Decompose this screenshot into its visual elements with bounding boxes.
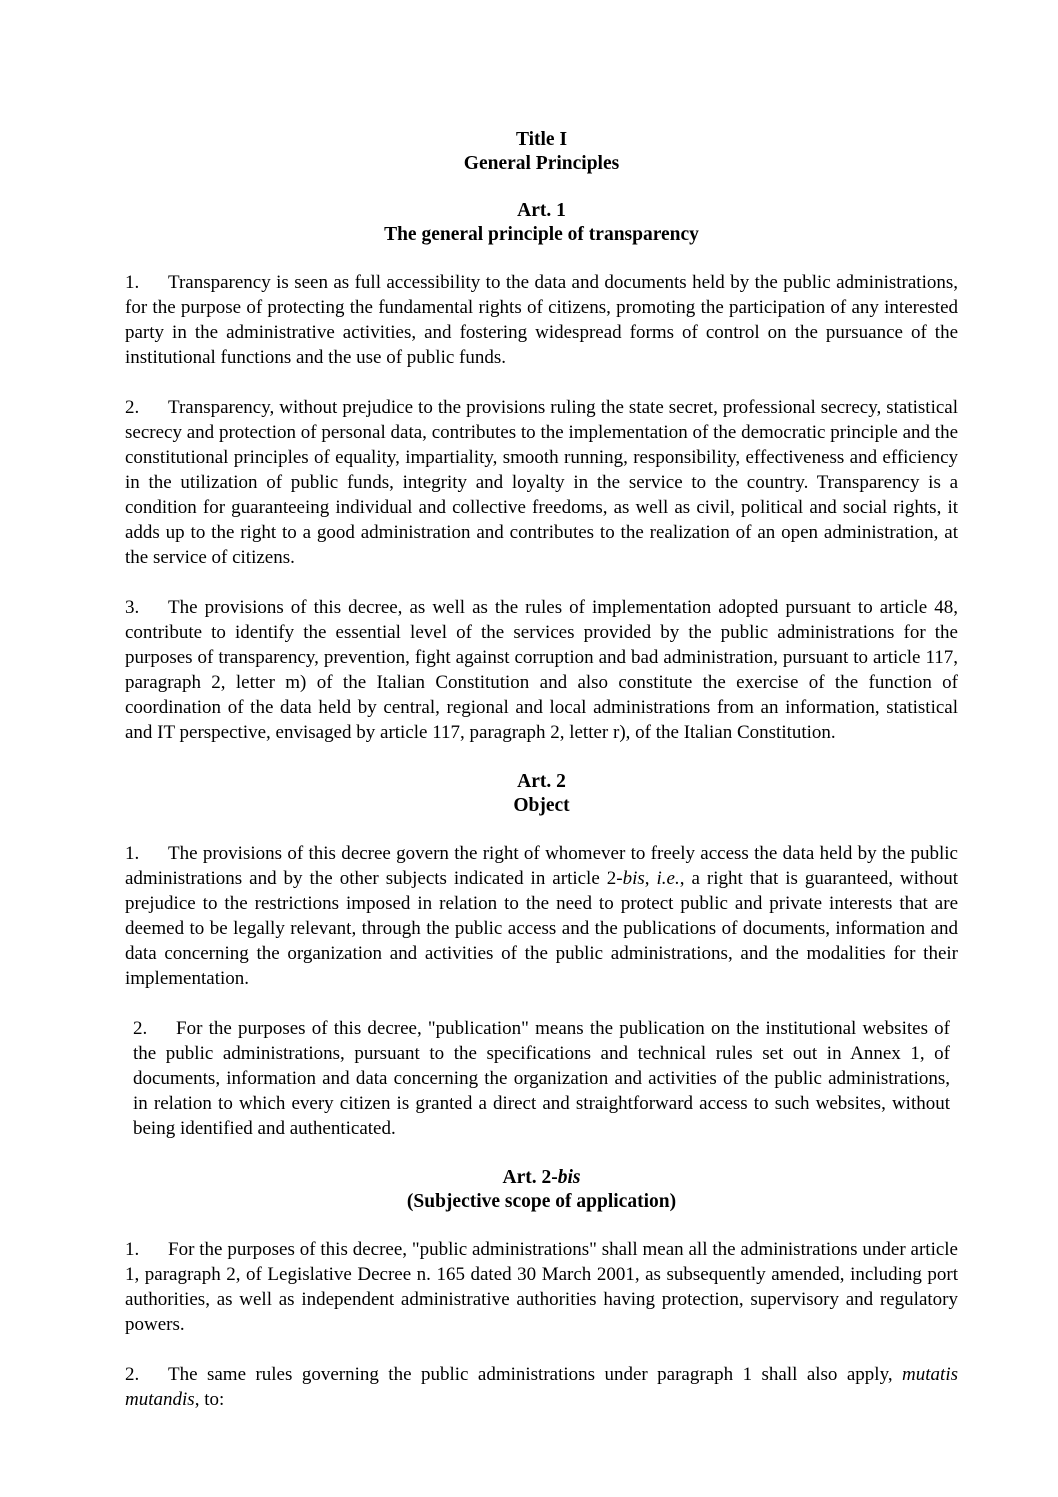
article-2-heading: Art. 2 Object xyxy=(125,770,958,818)
document-page: Title I General Principles Art. 1 The ge… xyxy=(0,0,1058,1497)
paragraph-number: 1. xyxy=(125,270,168,295)
paragraph-text: , to: xyxy=(195,1389,225,1410)
paragraph-text: The provisions of this decree, as well a… xyxy=(125,597,958,743)
article-2bis-paragraph-2: 2.The same rules governing the public ad… xyxy=(125,1362,958,1412)
article-1-paragraph-2: 2.Transparency, without prejudice to the… xyxy=(125,395,958,570)
article-2-number: Art. 2 xyxy=(125,770,958,794)
paragraph-text: Transparency is seen as full accessibili… xyxy=(125,272,958,368)
article-1-number: Art. 1 xyxy=(125,199,958,223)
article-1-paragraph-3: 3.The provisions of this decree, as well… xyxy=(125,595,958,745)
paragraph-number: 2. xyxy=(125,1362,168,1387)
article-2-paragraph-1: 1.The provisions of this decree govern t… xyxy=(125,841,958,991)
paragraph-text: Transparency, without prejudice to the p… xyxy=(125,397,958,568)
paragraph-number: 3. xyxy=(125,595,168,620)
italic-term-bis: bis xyxy=(558,1167,581,1188)
article-2bis-title: (Subjective scope of application) xyxy=(125,1190,958,1214)
article-1-paragraph-1: 1.Transparency is seen as full accessibi… xyxy=(125,270,958,370)
paragraph-number: 2. xyxy=(125,395,168,420)
article-2bis-paragraph-1: 1.For the purposes of this decree, "publ… xyxy=(125,1237,958,1337)
article-2bis-number-text: Art. 2- xyxy=(503,1167,558,1188)
title-text: General Principles xyxy=(125,152,958,176)
paragraph-text: , xyxy=(645,868,657,889)
paragraph-text: The same rules governing the public admi… xyxy=(168,1364,902,1385)
paragraph-number: 1. xyxy=(125,841,168,866)
article-2-paragraph-2: 2.For the purposes of this decree, "publ… xyxy=(133,1016,950,1141)
paragraph-number: 2. xyxy=(133,1016,176,1041)
document-content: Title I General Principles Art. 1 The ge… xyxy=(125,128,958,1437)
italic-term-ie: i.e. xyxy=(657,868,680,889)
article-2-title: Object xyxy=(125,794,958,818)
paragraph-number: 1. xyxy=(125,1237,168,1262)
article-2bis-number: Art. 2-bis xyxy=(125,1166,958,1190)
title-number: Title I xyxy=(125,128,958,152)
article-1-title: The general principle of transparency xyxy=(125,223,958,247)
paragraph-text: For the purposes of this decree, "public… xyxy=(133,1018,950,1139)
title-block: Title I General Principles xyxy=(125,128,958,176)
article-1-heading: Art. 1 The general principle of transpar… xyxy=(125,199,958,247)
italic-term-bis: bis xyxy=(623,868,645,889)
article-2bis-heading: Art. 2-bis (Subjective scope of applicat… xyxy=(125,1166,958,1214)
paragraph-text: For the purposes of this decree, "public… xyxy=(125,1239,958,1335)
